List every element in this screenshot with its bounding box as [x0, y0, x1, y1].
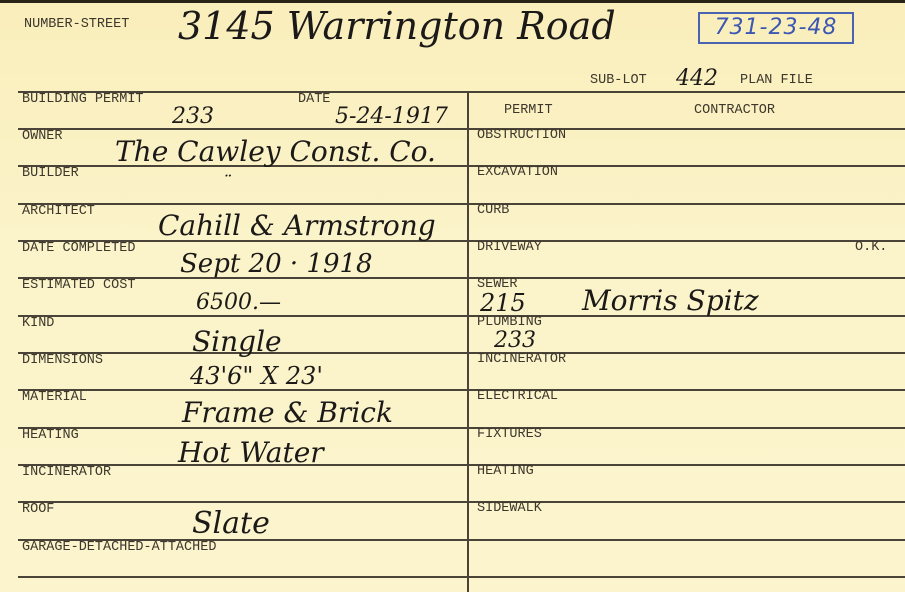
- sidewalk-label: SIDEWALK: [477, 501, 542, 516]
- rule: [18, 427, 905, 429]
- date-label: DATE: [298, 92, 330, 107]
- roof-value: Slate: [192, 506, 270, 541]
- date-value: 5-24-1917: [335, 104, 448, 129]
- sewer-contractor-value: Morris Spitz: [582, 284, 759, 317]
- obstruction-label: OBSTRUCTION: [477, 128, 566, 143]
- owner-value: The Cawley Const. Co.: [115, 135, 436, 168]
- sub-lot-label: SUB-LOT: [590, 73, 647, 88]
- builder-value: ¨: [222, 172, 231, 193]
- builder-label: BUILDER: [22, 166, 79, 181]
- dimensions-value: 43'6" X 23': [190, 362, 323, 390]
- rule: [18, 501, 905, 503]
- building-permit-value: 233: [172, 104, 214, 129]
- dimensions-label: DIMENSIONS: [22, 353, 103, 368]
- kind-value: Single: [192, 325, 282, 358]
- curb-label: CURB: [477, 203, 509, 218]
- garage-label: GARAGE-DETACHED-ATTACHED: [22, 540, 216, 555]
- sub-lot-value: 442: [676, 66, 718, 91]
- heating-permit-label: HEATING: [477, 464, 534, 479]
- heating-value: Hot Water: [178, 436, 324, 469]
- architect-value: Cahill & Armstrong: [158, 209, 436, 242]
- stamp-number: 731-23-48: [698, 12, 854, 44]
- material-value: Frame & Brick: [182, 396, 393, 429]
- electrical-label: ELECTRICAL: [477, 389, 558, 404]
- top-edge: [0, 0, 905, 3]
- estimated-cost-value: 6500.—: [196, 290, 281, 315]
- incinerator-label: INCINERATOR: [22, 465, 111, 480]
- estimated-cost-label: ESTIMATED COST: [22, 278, 135, 293]
- permit-card: NUMBER-STREET 3145 Warrington Road 731-2…: [0, 0, 905, 592]
- plan-file-label: PLAN FILE: [740, 73, 813, 88]
- rule: [18, 389, 905, 391]
- sewer-permit-value: 215: [480, 289, 526, 317]
- owner-label: OWNER: [22, 129, 63, 144]
- excavation-label: EXCAVATION: [477, 165, 558, 180]
- plumbing-permit-value: 233: [494, 328, 536, 353]
- rule: [18, 464, 905, 466]
- rule: [18, 91, 905, 93]
- rule: [18, 315, 905, 317]
- driveway-label: DRIVEWAY: [477, 240, 542, 255]
- incinerator-permit-label: INCINERATOR: [477, 352, 566, 367]
- address-value: 3145 Warrington Road: [178, 4, 616, 48]
- rule: [18, 240, 905, 242]
- roof-label: ROOF: [22, 502, 54, 517]
- contractor-header: CONTRACTOR: [694, 103, 775, 118]
- rule: [18, 576, 905, 578]
- heating-label: HEATING: [22, 428, 79, 443]
- driveway-ok-note: O.K.: [855, 240, 887, 255]
- building-permit-label: BUILDING PERMIT: [22, 92, 144, 107]
- column-divider: [467, 92, 469, 592]
- rule: [18, 128, 905, 130]
- date-completed-label: DATE COMPLETED: [22, 241, 135, 256]
- kind-label: KIND: [22, 316, 54, 331]
- date-completed-value: Sept 20 · 1918: [180, 249, 373, 279]
- architect-label: ARCHITECT: [22, 204, 95, 219]
- rule: [18, 352, 905, 354]
- rule: [18, 277, 905, 279]
- fixtures-label: FIXTURES: [477, 427, 542, 442]
- material-label: MATERIAL: [22, 390, 87, 405]
- permit-header: PERMIT: [504, 103, 553, 118]
- rule: [18, 203, 905, 205]
- number-street-label: NUMBER-STREET: [24, 17, 129, 32]
